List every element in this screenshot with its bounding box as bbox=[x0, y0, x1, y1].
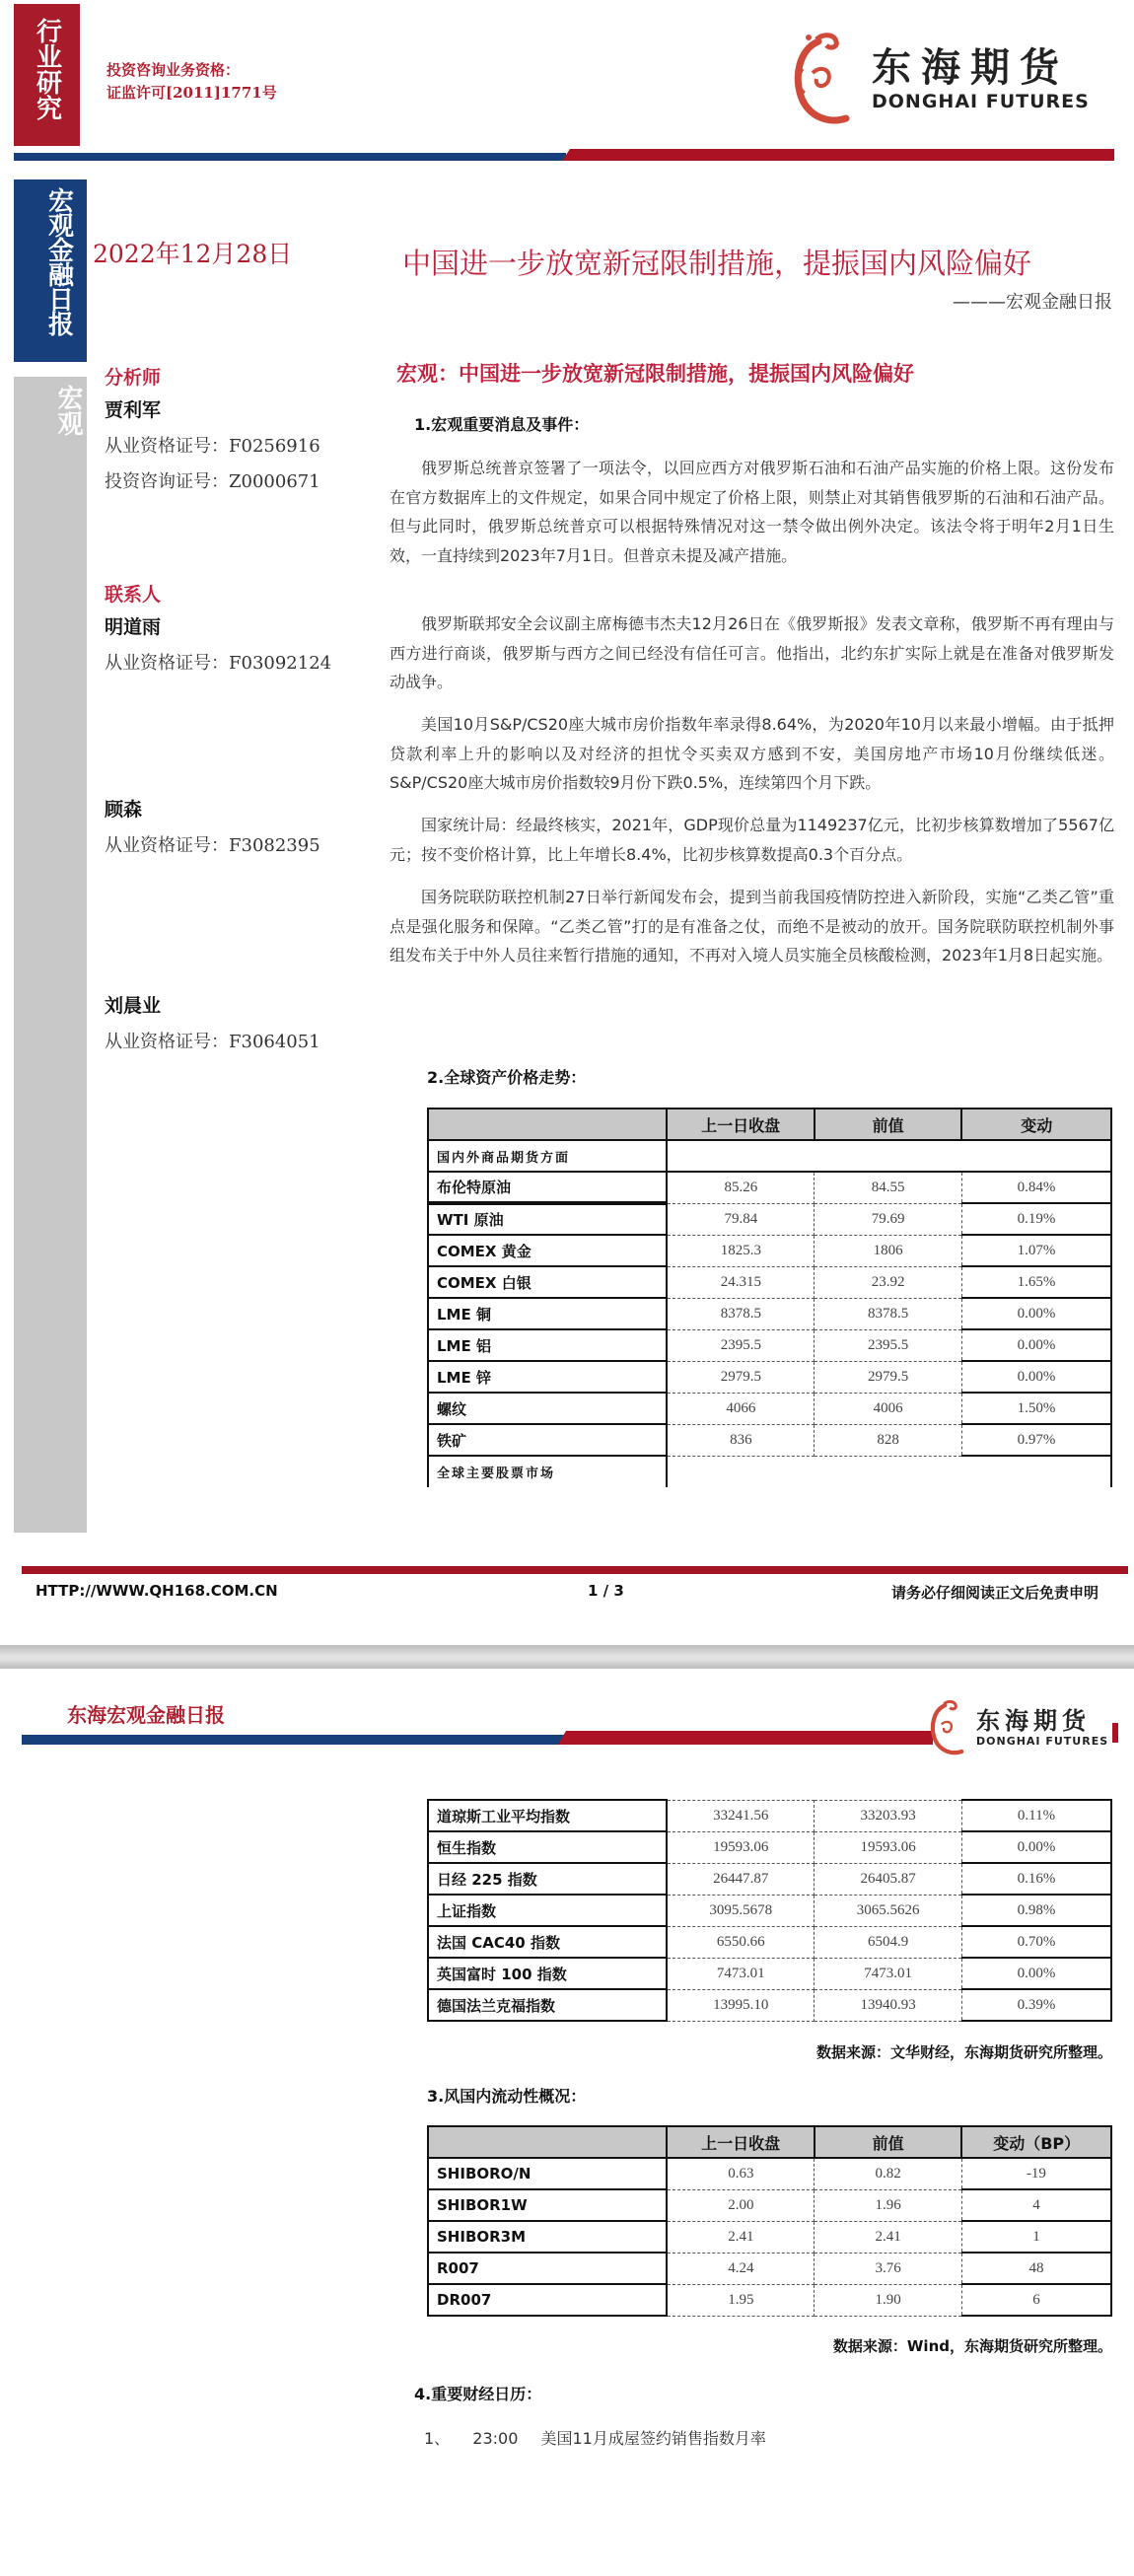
calendar-index: 1、 bbox=[424, 2429, 450, 2448]
header-cell bbox=[428, 2126, 667, 2158]
table-row: 道琼斯工业平均指数33241.5633203.930.11% bbox=[428, 1800, 1111, 1831]
table-row: 铁矿8368280.97% bbox=[428, 1424, 1111, 1456]
equity-table: 道琼斯工业平均指数33241.5633203.930.11% 恒生指数19593… bbox=[427, 1799, 1112, 2022]
company-logo: 东海期货 DONGHAI FUTURES bbox=[789, 30, 1090, 128]
header-cell bbox=[428, 1109, 667, 1140]
page2-logo: 东海期货 DONGHAI FUTURES bbox=[927, 1698, 1118, 1757]
section-1-title: 1.宏观重要消息及事件： bbox=[414, 412, 589, 435]
liquidity-table-source: 数据来源：Wind，东海期货研究所整理。 bbox=[833, 2335, 1112, 2356]
page2-stripe-red bbox=[558, 1731, 933, 1745]
section-tag: 宏观 bbox=[14, 377, 87, 1533]
analyst-name: 贾利军 bbox=[105, 395, 381, 422]
table-row: 英国富时 100 指数7473.017473.010.00% bbox=[428, 1958, 1111, 1989]
header-cell: 上一日收盘 bbox=[667, 2126, 814, 2158]
contact-name: 刘晨业 bbox=[105, 991, 381, 1018]
table-row: LME 锌2979.52979.50.00% bbox=[428, 1361, 1111, 1393]
table-row: 法国 CAC40 指数6550.666504.90.70% bbox=[428, 1926, 1111, 1958]
section-4-title: 4.重要财经日历： bbox=[414, 2382, 541, 2404]
contact-name: 顾森 bbox=[105, 795, 381, 822]
calendar-item: 1、 23:00 美国11月成屋签约销售指数月率 bbox=[424, 2426, 784, 2449]
contact-name: 明道雨 bbox=[105, 612, 381, 639]
header-cell: 变动（BP） bbox=[961, 2126, 1111, 2158]
license-line-2: 证监许可[2011]1771号 bbox=[106, 82, 277, 105]
footer-disclaimer: 请务必仔细阅读正文后免责申明 bbox=[891, 1582, 1099, 1603]
section-2-title: 2.全球资产价格走势： bbox=[427, 1065, 586, 1088]
news-paragraph: 俄罗斯总统普京签署了一项法令，以回应西方对俄罗斯石油和石油产品实施的价格上限。这… bbox=[390, 454, 1114, 570]
table-row: COMEX 白银24.31523.921.65% bbox=[428, 1266, 1111, 1298]
category-cell: 国内外商品期货方面 bbox=[428, 1140, 667, 1172]
table-row: SHIBOR3M2.412.411 bbox=[428, 2221, 1111, 2253]
dragon-logo-icon bbox=[927, 1698, 970, 1757]
report-type-tag: 宏观金融日报 bbox=[14, 179, 87, 362]
table-header-row: 上一日收盘 前值 变动（BP） bbox=[428, 2126, 1111, 2158]
logo-english: DONGHAI FUTURES bbox=[872, 91, 1090, 112]
header-stripe-red bbox=[562, 149, 1114, 161]
analyst-cert-2: 投资咨询证号：Z0000671 bbox=[105, 467, 381, 493]
table-row: LME 铜8378.58378.50.00% bbox=[428, 1298, 1111, 1329]
table-row: R0074.243.7648 bbox=[428, 2253, 1111, 2284]
category-cell: 全球主要股票市场 bbox=[428, 1456, 667, 1487]
liquidity-table: 上一日收盘 前值 变动（BP） SHIBORO/N0.630.82-19 SHI… bbox=[427, 2125, 1112, 2317]
page-number: 1 / 3 bbox=[588, 1582, 624, 1600]
license-info: 投资咨询业务资格： 证监许可[2011]1771号 bbox=[106, 59, 277, 105]
page2-title: 东海宏观金融日报 bbox=[67, 1699, 225, 1728]
section-3-title: 3.风国内流动性概况： bbox=[427, 2084, 586, 2107]
calendar-time: 23:00 bbox=[472, 2429, 518, 2448]
analyst-cert-1: 从业资格证号：F0256916 bbox=[105, 432, 381, 458]
table-row: 恒生指数19593.0619593.060.00% bbox=[428, 1831, 1111, 1863]
news-paragraph: 国家统计局：经最终核实，2021年，GDP现价总量为1149237亿元，比初步核… bbox=[390, 811, 1114, 869]
news-paragraph: 国务院联防联控机制27日举行新闻发布会，提到当前我国疫情防控进入新阶段，实施“乙… bbox=[390, 883, 1114, 970]
asset-table-source: 数据来源：文华财经，东海期货研究所整理。 bbox=[816, 2041, 1112, 2062]
license-line-1: 投资咨询业务资格： bbox=[106, 59, 277, 82]
header-cell: 变动 bbox=[961, 1109, 1111, 1140]
table-row: 德国法兰克福指数13995.1013940.930.39% bbox=[428, 1989, 1111, 2021]
contact-cert: 从业资格证号：F03092124 bbox=[105, 649, 381, 675]
asset-price-table: 上一日收盘 前值 变动 国内外商品期货方面 布伦特原油85.2684.550.8… bbox=[427, 1108, 1112, 1487]
table-row: COMEX 黄金1825.318061.07% bbox=[428, 1235, 1111, 1266]
dragon-logo-icon bbox=[789, 30, 860, 128]
calendar-event: 美国11月成屋签约销售指数月率 bbox=[540, 2429, 765, 2448]
header-cell: 前值 bbox=[815, 2126, 961, 2158]
table-row: 上证指数3095.56783065.56260.98% bbox=[428, 1895, 1111, 1926]
table-row: WTI 原油79.8479.690.19% bbox=[428, 1203, 1111, 1235]
contact-cert: 从业资格证号：F3064051 bbox=[105, 1028, 381, 1053]
header-cell: 前值 bbox=[815, 1109, 962, 1140]
news-paragraph: 美国10月S&P/CS20座大城市房价指数年率录得8.64%，为2020年10月… bbox=[390, 710, 1114, 798]
table-row: 螺纹406640061.50% bbox=[428, 1393, 1111, 1424]
news-paragraph: 俄罗斯联邦安全会议副主席梅德韦杰夫12月26日在《俄罗斯报》发表文章称，俄罗斯不… bbox=[390, 609, 1114, 697]
category-row: 国内外商品期货方面 bbox=[428, 1140, 1111, 1172]
logo-chinese: 东海期货 bbox=[872, 45, 1090, 91]
table-row: 布伦特原油85.2684.550.84% bbox=[428, 1172, 1111, 1203]
contact-cert: 从业资格证号：F3082395 bbox=[105, 831, 381, 857]
footer-stripe bbox=[22, 1566, 1128, 1574]
analyst-panel: 分析师 贾利军 从业资格证号：F0256916 投资咨询证号：Z0000671 … bbox=[105, 363, 381, 1063]
report-title: 中国进一步放宽新冠限制措施，提振国内风险偏好 bbox=[402, 242, 1031, 282]
table-row: LME 铝2395.52395.50.00% bbox=[428, 1329, 1111, 1361]
logo-english: DONGHAI FUTURES bbox=[976, 1735, 1108, 1749]
contact-label: 联系人 bbox=[105, 580, 381, 607]
macro-headline: 宏观：中国进一步放宽新冠限制措施，提振国内风险偏好 bbox=[396, 358, 914, 388]
table-row: 日经 225 指数26447.8726405.870.16% bbox=[428, 1863, 1111, 1895]
header-cell: 上一日收盘 bbox=[667, 1109, 815, 1140]
table-row: SHIBOR1W2.001.964 bbox=[428, 2189, 1111, 2221]
page-separator bbox=[0, 1645, 1134, 1669]
footer-url[interactable]: HTTP://WWW.QH168.COM.CN bbox=[35, 1582, 278, 1600]
report-date: 2022年12月28日 bbox=[93, 235, 292, 270]
table-row: DR0071.951.906 bbox=[428, 2284, 1111, 2316]
category-tag: 行业研究 bbox=[14, 4, 80, 146]
table-row: SHIBORO/N0.630.82-19 bbox=[428, 2158, 1111, 2189]
category-row: 全球主要股票市场 bbox=[428, 1456, 1111, 1487]
table-header-row: 上一日收盘 前值 变动 bbox=[428, 1109, 1111, 1140]
report-subtitle: ———宏观金融日报 bbox=[953, 288, 1112, 314]
page2-stripe-blue bbox=[22, 1735, 566, 1745]
analyst-label: 分析师 bbox=[105, 363, 381, 390]
header-stripe-blue bbox=[14, 153, 566, 161]
logo-chinese: 东海期货 bbox=[976, 1707, 1108, 1735]
